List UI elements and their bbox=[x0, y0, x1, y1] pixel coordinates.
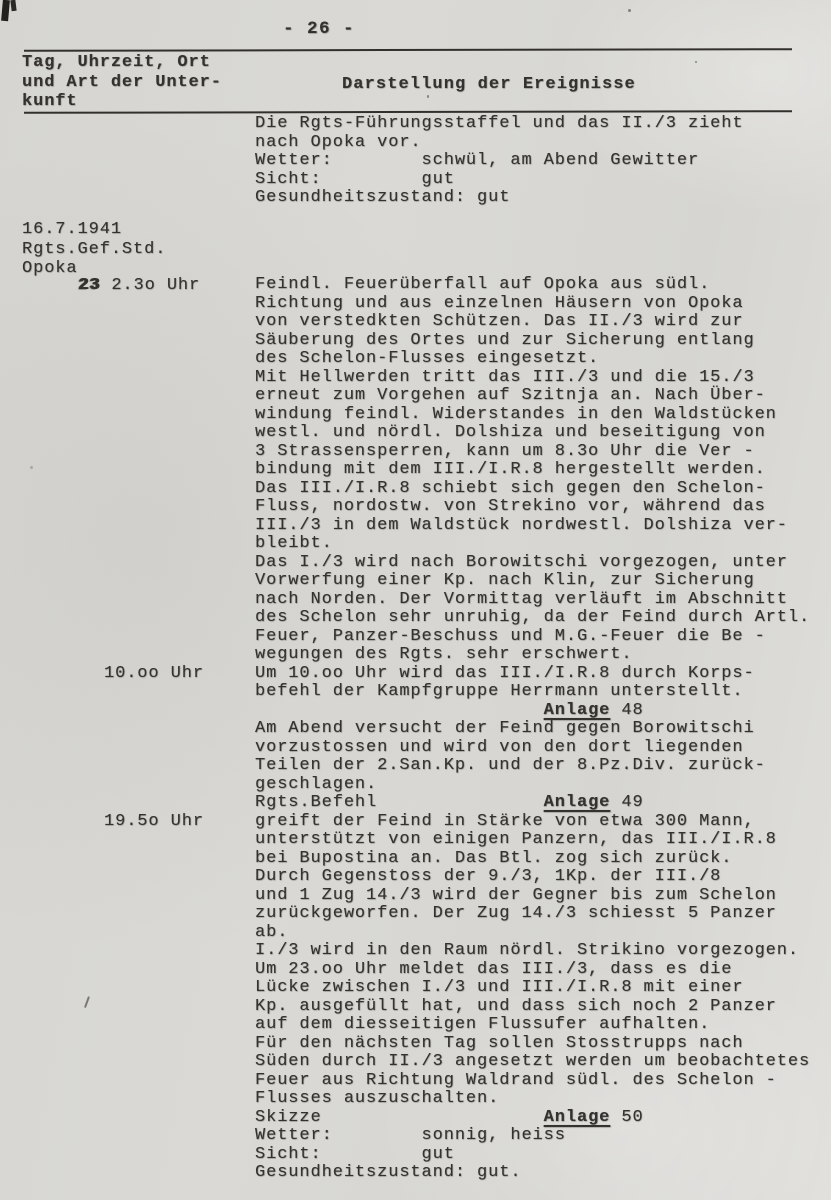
time-marker-3: 19.5o Uhr bbox=[104, 812, 204, 831]
body-line: zurückgeworfen. Der Zug 14./3 schiesst 5… bbox=[255, 905, 825, 924]
header-rule-top bbox=[24, 48, 792, 52]
body-line: und 1 Zug 14./3 wird der Gegner bis zum … bbox=[255, 887, 825, 906]
body-line: geschlagen. bbox=[255, 776, 825, 795]
body-line: Lücke zwischen I./3 und III./I.R.8 mit e… bbox=[255, 979, 825, 998]
body-line: Richtung und aus einzelnen Häusern von O… bbox=[255, 295, 825, 314]
body-line: greift der Feind in Stärke von etwa 300 … bbox=[255, 813, 825, 832]
scan-artifact bbox=[695, 61, 697, 63]
body-line: Am Abend versucht der Feind gegen Borowi… bbox=[255, 720, 825, 739]
body-line: westl. und nördl. Dolshiza und beseitigu… bbox=[255, 424, 825, 443]
body-line: von verstedkten Schützen. Das II./3 wird… bbox=[255, 313, 825, 332]
column-header-left-line: Tag, Uhrzeit, Ort bbox=[22, 53, 222, 73]
body-line: nach Norden. Der Vormittag verläuft im A… bbox=[255, 591, 825, 610]
body-line: bindung mit dem III./I.R.8 hergestellt w… bbox=[255, 461, 825, 480]
body-line: I./3 wird in den Raum nördl. Strikino vo… bbox=[255, 942, 825, 961]
column-header-left-line: und Art der Unter- bbox=[22, 73, 222, 93]
anlage-reference-line: Rgts.Befehl Anlage 49 bbox=[255, 794, 825, 813]
body-line: erneut zum Vorgehen auf Szitnja an. Nach… bbox=[255, 387, 825, 406]
anlage-reference-line: Anlage 48 bbox=[255, 702, 825, 721]
body-line: Teilen der 2.San.Kp. und der 8.Pz.Div. z… bbox=[255, 757, 825, 776]
anlage-label: Anlage bbox=[544, 793, 611, 812]
body-line: Fluss, nordostw. von Strekino vor, währe… bbox=[255, 498, 825, 517]
body-line: des Schelon sehr unruhig, da der Feind d… bbox=[255, 609, 825, 628]
column-header-right: Darstellung der Ereignisse bbox=[342, 75, 636, 94]
body-line: auf dem diesseitigen Flussufer aufhalten… bbox=[255, 1016, 825, 1035]
document-page: - 26 - Tag, Uhrzeit, Ort und Art der Unt… bbox=[0, 0, 831, 1200]
body-line: Süden durch II./3 angesetzt werden um be… bbox=[255, 1053, 825, 1072]
body-line: ab. bbox=[255, 924, 825, 943]
time-marker-2: 10.oo Uhr bbox=[104, 664, 204, 683]
date-line: 16.7.1941 bbox=[22, 220, 166, 240]
unit-post-line: Rgts.Gef.Std. bbox=[22, 240, 166, 260]
body-line: bleibt. bbox=[255, 535, 825, 554]
body-line: Um 23.oo Uhr meldet das III./3, dass es … bbox=[255, 961, 825, 980]
time-text: 2.3o Uhr bbox=[100, 276, 200, 295]
body-line: Feuer, Panzer-Beschuss und M.G.-Feuer di… bbox=[255, 628, 825, 647]
scan-artifact bbox=[427, 95, 429, 98]
intro-line: Wetter: schwül, am Abend Gewitter bbox=[255, 152, 743, 171]
body-line: Feindl. Feuerüberfall auf Opoka aus südl… bbox=[255, 276, 825, 295]
body-line: Flusses auszuschalten. bbox=[255, 1090, 825, 1109]
overstruck-time: 23 bbox=[78, 276, 100, 295]
body-line: Wetter: sonnig, heiss bbox=[255, 1127, 825, 1146]
anlage-number: 48 bbox=[610, 701, 643, 720]
scan-artifact bbox=[628, 9, 631, 12]
body-line: Säuberung des Ortes und zur Sicherung en… bbox=[255, 332, 825, 351]
body-line: 3 Strassensperren, kann um 8.3o Uhr die … bbox=[255, 443, 825, 462]
intro-line: Sicht: gut bbox=[255, 171, 743, 190]
anlage-number: 49 bbox=[610, 793, 643, 812]
intro-line: Gesundheitszustand: gut bbox=[255, 189, 743, 208]
scan-artifact bbox=[30, 466, 33, 469]
body-line: Um 10.oo Uhr wird das III./I.R.8 durch K… bbox=[255, 665, 825, 684]
body-line: Das I./3 wird nach Borowitschi vorgezoge… bbox=[255, 554, 825, 573]
body-line: Das III./I.R.8 schiebt sich gegen den Sc… bbox=[255, 480, 825, 499]
body-line: befehl der Kampfgruppe Herrmann unterste… bbox=[255, 683, 825, 702]
body-line: unterstützt von einigen Panzern, das III… bbox=[255, 831, 825, 850]
body-line: Mit Hellwerden tritt das III./3 und die … bbox=[255, 369, 825, 388]
column-header-left: Tag, Uhrzeit, Ort und Art der Unter- kun… bbox=[22, 53, 222, 112]
body-line: bei Bupostina an. Das Btl. zog sich zurü… bbox=[255, 850, 825, 869]
intro-block: Die Rgts-Führungsstaffel und das II./3 z… bbox=[255, 115, 743, 208]
scan-artifact bbox=[84, 996, 90, 1008]
time-marker-1: 23 2.3o Uhr bbox=[78, 276, 200, 295]
anlage-reference-line: Skizze Anlage 50 bbox=[255, 1109, 825, 1128]
anlage-label: Anlage bbox=[544, 1108, 611, 1127]
intro-line: Die Rgts-Führungsstaffel und das II./3 z… bbox=[255, 115, 743, 134]
body-line: windung feindl. Widerstandes in den Wald… bbox=[255, 406, 825, 425]
body-line: Vorwerfung einer Kp. nach Klin, zur Sich… bbox=[255, 572, 825, 591]
anlage-pre-text: Skizze bbox=[255, 1108, 544, 1127]
body-line: Gesundheitszustand: gut. bbox=[255, 1164, 825, 1183]
body-line: des Schelon-Flusses eingesetzt. bbox=[255, 350, 825, 369]
body-line: Sicht: gut bbox=[255, 1146, 825, 1165]
body-line: wegungen des Rgts. sehr erschwert. bbox=[255, 646, 825, 665]
body-line: Feuer aus Richtung Waldrand südl. des Sc… bbox=[255, 1072, 825, 1091]
scan-artifact bbox=[10, 0, 16, 11]
page-number: - 26 - bbox=[283, 19, 355, 39]
body-line: vorzustossen und wird von den dort liege… bbox=[255, 739, 825, 758]
column-header-left-line: kunft bbox=[22, 92, 222, 112]
scan-artifact bbox=[1, 0, 10, 21]
body-line: III./3 in dem Waldstück nordwestl. Dolsh… bbox=[255, 517, 825, 536]
anlage-number: 50 bbox=[610, 1108, 643, 1127]
intro-line: nach Opoka vor. bbox=[255, 134, 743, 153]
anlage-label: Anlage bbox=[544, 701, 611, 720]
body-line: Kp. ausgefüllt hat, und dass sich noch 2… bbox=[255, 998, 825, 1017]
body-line: Für den nächsten Tag sollen Stosstrupps … bbox=[255, 1035, 825, 1054]
anlage-pre-text: Rgts.Befehl bbox=[255, 793, 544, 812]
anlage-pre-text bbox=[255, 701, 544, 720]
body-line: Durch Gegenstoss der 9./3, 1Kp. der III.… bbox=[255, 868, 825, 887]
events-column: Feindl. Feuerüberfall auf Opoka aus südl… bbox=[255, 276, 825, 1183]
date-location-block: 16.7.1941 Rgts.Gef.Std. Opoka bbox=[22, 220, 166, 279]
